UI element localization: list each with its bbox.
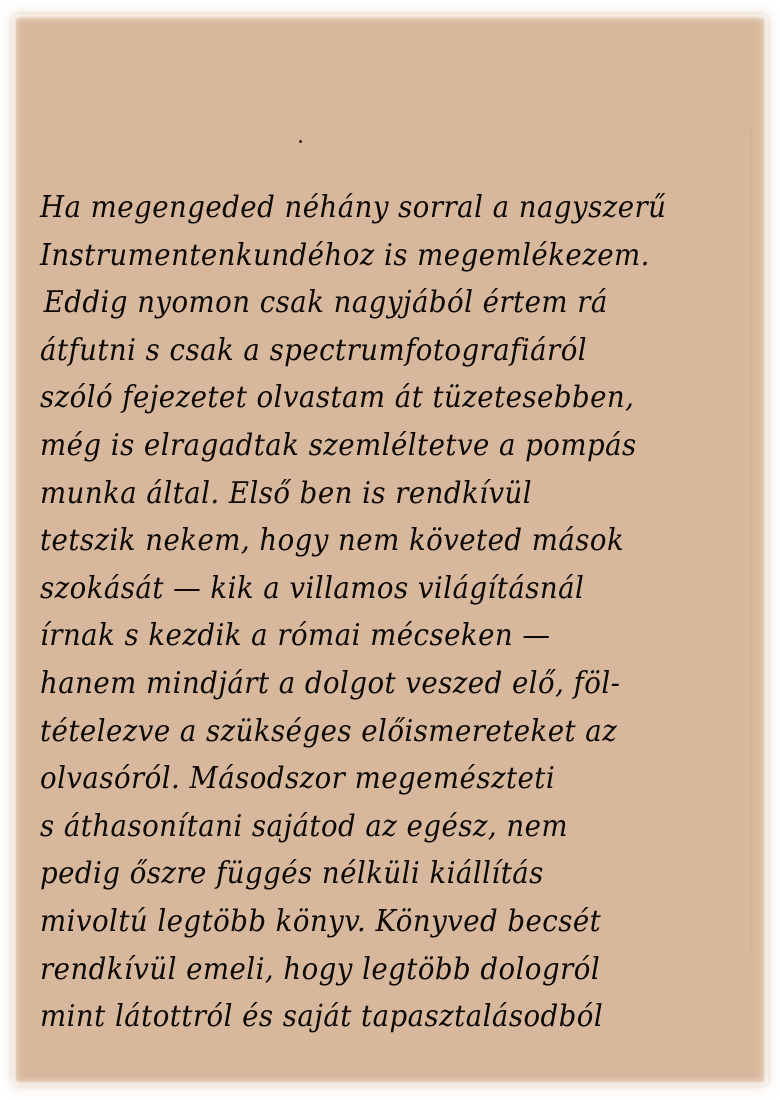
text-line-9: szokását — kik a villamos világításnál (40, 565, 684, 613)
text-line-12: tételezve a szükséges előismereteket az (40, 708, 684, 756)
text-line-18: mint látottról és saját tapasztalásodból (40, 993, 684, 1041)
text-line-6: még is elragadtak szemléltetve a pompás (40, 422, 684, 470)
text-line-17: rendkívül emeli, hogy legtöbb dologról (40, 946, 684, 994)
text-line-16: mivoltú legtöbb könyv. Könyved becsét (40, 898, 684, 946)
text-line-3: Eddig nyomon csak nagyjából értem rá (40, 279, 684, 327)
text-line-10: írnak s kezdik a római mécseken — (40, 612, 684, 660)
text-line-13: olvasóról. Másodszor megemészteti (40, 755, 684, 803)
text-line-1: Ha megengeded néhány sorral a nagyszerű (40, 184, 684, 232)
text-line-2: Instrumentenkundéhoz is megemlékezem. (40, 232, 684, 280)
paper-fold-line (750, 128, 752, 952)
ink-speck (299, 140, 302, 143)
text-line-4: átfutni s csak a spectrumfotografiáról (40, 327, 684, 375)
handwritten-text: Ha megengeded néhány sorral a nagyszerű … (40, 184, 740, 1041)
text-line-15: pedig őszre függés nélküli kiállítás (40, 850, 684, 898)
text-line-8: tetszik nekem, hogy nem követed mások (40, 517, 684, 565)
text-line-7: munka által. Első ben is rendkívül (40, 470, 684, 518)
text-line-14: s áthasonítani sajátod az egész, nem (40, 803, 684, 851)
page-background: Ha megengeded néhány sorral a nagyszerű … (0, 0, 780, 1100)
text-line-11: hanem mindjárt a dolgot veszed elő, föl- (40, 660, 684, 708)
text-line-5: szóló fejezetet olvastam át tüzetesebben… (40, 374, 684, 422)
